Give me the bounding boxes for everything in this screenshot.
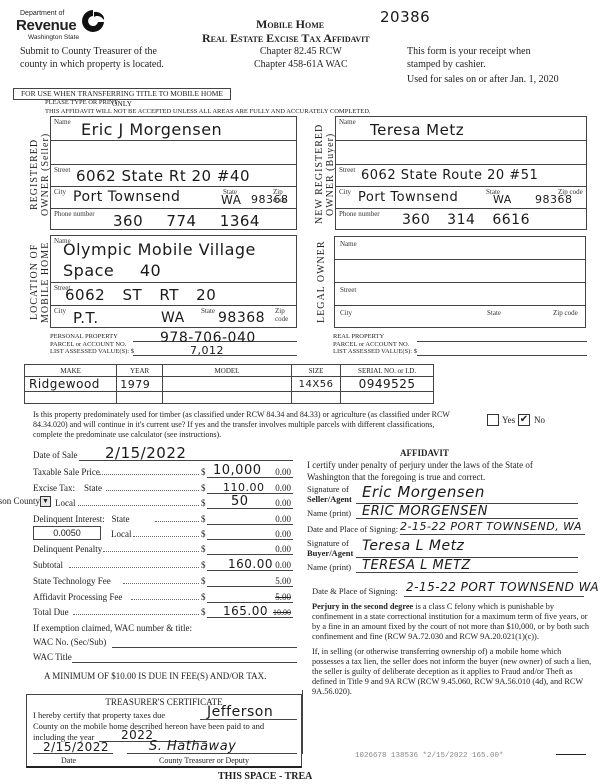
timber-question: Is this property predominately used for … (33, 410, 453, 440)
submit-line2: county in which property is located. (20, 58, 164, 71)
pp-assessed-label: LIST ASSESSED VALUE(S): $ (50, 348, 134, 355)
make-cell[interactable] (25, 392, 117, 404)
fee-label: Total Due (33, 607, 69, 617)
col-model: MODEL (163, 365, 292, 377)
pp-assessed-value[interactable]: 7,012 (190, 344, 224, 357)
buyer-zip[interactable]: 98368 (535, 193, 573, 206)
buyer-street-row[interactable]: Street 6062 State Route 20 #51 (336, 165, 586, 187)
rp-account-line[interactable] (417, 341, 587, 342)
seller-city-row[interactable]: City Port Townsend State WA Zip code 983… (51, 187, 296, 209)
fee-row-taxable-price: Taxable Sale Price $ 0.00 10,000 (33, 464, 293, 478)
fee-handwritten: 110.00 (223, 481, 265, 494)
date-of-sale-label: Date of Sale (33, 450, 77, 460)
buyer-date-place[interactable]: 2-15-22 PORT TOWNSEND WA (406, 580, 599, 594)
fee-handwritten: 50 (231, 494, 249, 509)
dollar-sign: $ (201, 592, 206, 602)
fee-value[interactable]: 5.00 (207, 576, 293, 587)
serial-cell[interactable] (341, 392, 434, 404)
legal-owner-city-row[interactable]: City State Zip code (335, 306, 585, 329)
table-header-row: MAKE YEAR MODEL SIZE SERIAL NO. or I.D. (25, 365, 434, 377)
model-cell[interactable] (163, 392, 292, 404)
location-city-row[interactable]: City P.T. State WA Zip code 98368 (51, 306, 296, 329)
treasurer-signature[interactable]: S. Hathaway (149, 739, 236, 754)
leader-dots (106, 490, 199, 491)
treasurer-line1: I hereby certify that property taxes due (33, 710, 165, 720)
treasurer-sig-line (127, 753, 297, 754)
leader-dots (133, 536, 199, 537)
name-label: Name (54, 118, 71, 126)
receipt-note: This form is your receipt when stamped b… (407, 45, 531, 71)
treasurer-date[interactable]: 2/15/2022 (43, 740, 109, 754)
footer-rule (556, 754, 586, 755)
make-cell[interactable]: Ridgewood (25, 377, 117, 392)
fee-handwritten: 10,000 (213, 463, 262, 478)
zip-label: Zip code (275, 307, 296, 323)
table-row (25, 392, 434, 404)
location-label-1: LOCATION OF (29, 244, 40, 320)
buyer-section-label: NEW REGISTERED OWNER (Buyer) (314, 118, 336, 230)
leader-dots (103, 551, 199, 552)
buyer-street[interactable]: 6062 State Route 20 #51 (361, 168, 538, 183)
seller-name-print[interactable]: ERIC MORGENSEN (362, 504, 488, 519)
phone-label: Phone number (54, 210, 95, 218)
certify-line2: Washington that the foregoing is true an… (307, 471, 533, 483)
treasurer-certificate: TREASURER'S CERTIFICATE I hereby certify… (26, 694, 302, 768)
leader-dots (123, 583, 199, 584)
buyer-state[interactable]: WA (493, 193, 512, 206)
location-name-line1[interactable]: Olympic Mobile Village (63, 240, 256, 259)
certify-line1: I certify under penalty of perjury under… (307, 459, 533, 471)
used-for-note: Used for sales on or after Jan. 1, 2020 (407, 74, 559, 85)
fee-value[interactable]: 0.00 (207, 514, 293, 525)
fee-label: Delinquent Penalty (33, 544, 102, 554)
treasurer-sig-label: County Treasurer or Deputy (159, 756, 249, 765)
buyer-signature[interactable]: Teresa L Metz (362, 538, 464, 554)
col-make: MAKE (25, 365, 117, 377)
col-year: YEAR (117, 365, 163, 377)
location-street[interactable]: 6062 ST RT 20 (65, 286, 216, 304)
rp-assessed-line[interactable] (417, 355, 587, 356)
legal-owner-street-row[interactable]: Street (335, 283, 585, 306)
sig-of-label: Signature of (307, 484, 352, 494)
dollar-sign: $ (201, 514, 206, 524)
seller-phone-row[interactable]: Phone number 360 774 1364 (51, 209, 296, 231)
form-title-line2: Real Estate Excise Tax Affidavit (202, 31, 370, 46)
receipt-line1: This form is your receipt when (407, 45, 531, 58)
seller-zip[interactable]: 98368 (251, 193, 289, 206)
buyer-agent-label: Buyer/Agent (307, 548, 353, 558)
seller-city[interactable]: Port Townsend (73, 189, 180, 205)
seller-street-row[interactable]: Street 6062 State Rt 20 #40 (51, 165, 296, 187)
exemption-label: If exemption claimed, WAC number & title… (33, 623, 192, 633)
yes-label: Yes (502, 415, 515, 425)
year-cell[interactable]: 1979 (117, 377, 163, 392)
completion-warning: THIS AFFIDAVIT WILL NOT BE ACCEPTED UNLE… (45, 108, 371, 115)
yes-checkbox[interactable] (487, 414, 499, 426)
table-row: Ridgewood 1979 14X56 0949525 (25, 377, 434, 392)
location-name-row[interactable]: Name Olympic Mobile Village Space 40 (51, 236, 296, 283)
fee-value[interactable]: 0.00 (207, 544, 293, 555)
fee-label: Subtotal (33, 560, 63, 570)
buyer-name-row[interactable]: Name Teresa Metz (336, 117, 586, 141)
seller-date-place[interactable]: 2-15-22 PORT TOWNSEND, WA (400, 520, 582, 533)
treasurer-date-label: Date (61, 756, 76, 765)
submit-instructions: Submit to County Treasurer of the county… (20, 45, 164, 71)
dollar-sign: $ (201, 560, 206, 570)
fee-value[interactable]: 5.00 (207, 592, 293, 603)
dollar-sign: $ (201, 483, 206, 493)
serial-cell[interactable]: 0949525 (341, 377, 434, 392)
location-box: Name Olympic Mobile Village Space 40 Str… (50, 235, 297, 328)
fee-row-excise-local: Local $ 0.00 50 (33, 495, 293, 509)
date-of-sale-value[interactable]: 2/15/2022 (105, 444, 186, 462)
seller-name-row[interactable]: Name Eric J Morgensen (51, 117, 296, 141)
location-zip[interactable]: 98368 (218, 310, 265, 326)
chapter-refs: Chapter 82.45 RCW Chapter 458-61A WAC (254, 45, 348, 71)
seller-label-1: REGISTERED (29, 138, 40, 209)
size-cell[interactable]: 14X56 (291, 377, 340, 392)
state-label: State (201, 307, 215, 315)
seller-name-row2[interactable] (51, 141, 296, 165)
seller-state[interactable]: WA (221, 193, 241, 207)
leader-dots (99, 474, 199, 475)
seller-box: Name Eric J Morgensen Street 6062 State … (50, 116, 297, 230)
seller-section-label: REGISTERED OWNER (Seller) (29, 118, 51, 230)
submit-line1: Submit to County Treasurer of the (20, 45, 164, 58)
city-label: City (54, 307, 66, 315)
location-section-label: LOCATION OF MOBILE HOME (29, 236, 51, 328)
affidavit-certify: I certify under penalty of perjury under… (307, 459, 533, 483)
dollar-sign: $ (201, 576, 206, 586)
fee-label: State Technology Fee (33, 576, 111, 586)
fee-row-excise-state: Excise Tax: State $ 0.00 110.00 (33, 480, 293, 494)
leader-dots (155, 521, 199, 522)
logo-dept: Department of (20, 10, 64, 17)
buyer-signature-label: Signature of Buyer/Agent (307, 538, 353, 558)
dollar-sign: $ (201, 529, 206, 539)
treasurer-date-line (33, 753, 113, 754)
buyer-date-place-label: Date & Place of Signing: (312, 586, 397, 596)
no-label: No (534, 415, 545, 425)
date-of-sale-row: Date of Sale 2/15/2022 (33, 447, 293, 461)
seller-date-place-line (400, 534, 585, 535)
dollar-sign: $ (201, 607, 206, 617)
sig-of-label: Signature of (307, 538, 353, 548)
name-label: Name (340, 240, 357, 248)
dollar-sign: $ (201, 544, 206, 554)
rp-label1: REAL PROPERTY (333, 333, 409, 341)
legal-owner-name-row2[interactable] (335, 260, 585, 283)
col-size: SIZE (291, 365, 340, 377)
logo-name: Revenue (16, 17, 76, 34)
location-street-row[interactable]: Street 6062 ST RT 20 (51, 283, 296, 306)
seller-name-print-label: Name (print) (307, 508, 351, 518)
no-checkbox[interactable]: ✔ (518, 414, 530, 426)
state-label: State (487, 309, 501, 317)
fee-value[interactable]: 0.00 (207, 498, 293, 509)
seller-name[interactable]: Eric J Morgensen (81, 120, 222, 139)
fee-label: Delinquent Interest: State (33, 514, 129, 524)
perjury-notice: Perjury in the second degree is a class … (312, 602, 592, 642)
seller-street[interactable]: 6062 State Rt 20 #40 (76, 167, 250, 185)
seller-signature[interactable]: Eric Morgensen (362, 483, 485, 501)
legal-owner-box: Name Street City State Zip code (334, 236, 586, 328)
location-state[interactable]: WA (161, 310, 185, 326)
wave-logo-icon (80, 8, 106, 34)
leader-dots (78, 505, 199, 506)
chapter-wac: Chapter 458-61A WAC (254, 58, 348, 71)
phone-label: Phone number (339, 210, 380, 218)
wac-title-label: WAC Title (33, 652, 72, 662)
minimum-notice: A MINIMUM OF $10.00 IS DUE IN FEE(S) AND… (44, 671, 266, 681)
treasurer-county[interactable]: Jefferson (207, 704, 273, 720)
chapter-rcw: Chapter 82.45 RCW (254, 45, 348, 58)
receipt-line2: stamped by cashier. (407, 58, 531, 71)
zip-label: Zip code (553, 309, 578, 317)
legal-owner-name-row[interactable]: Name (335, 237, 585, 260)
fee-row-delinquent-penalty: Delinquent Penalty $ 0.00 (33, 541, 293, 555)
year-cell[interactable] (117, 392, 163, 404)
buyer-label-1: NEW REGISTERED (314, 124, 325, 224)
location-city[interactable]: P.T. (73, 309, 99, 327)
wac-no-field[interactable] (112, 647, 297, 648)
document-number: 20386 (380, 8, 430, 26)
real-property-label: REAL PROPERTY PARCEL or ACCOUNT NO. (333, 333, 409, 349)
cashier-stamp: 1026678 138536 *2/15/2022 165.00* (355, 752, 504, 760)
buyer-city[interactable]: Port Townsend (358, 190, 458, 205)
fee-label: Affidavit Processing Fee (33, 592, 122, 602)
dor-logo: Department of Revenue Washington State (16, 8, 106, 42)
treasurer-use-label: THIS SPACE - TREASURER'S USE ONLY (218, 771, 312, 782)
fee-row-delinquent-interest-state: Delinquent Interest: State $ 0.00 (33, 511, 293, 525)
city-label: City (340, 309, 352, 317)
fee-handwritten: 160.00 (228, 557, 273, 571)
wac-title-field[interactable] (72, 662, 297, 663)
street-label: Street (339, 166, 355, 174)
buyer-box: Name Teresa Metz Street 6062 State Route… (335, 116, 587, 230)
please-type-note: PLEASE TYPE OR PRINT (45, 99, 118, 106)
leader-dots (73, 614, 199, 615)
fee-label: Local (55, 498, 76, 508)
city-label: City (339, 188, 351, 196)
affidavit-title: AFFIDAVIT (400, 448, 449, 458)
name-label: Name (339, 118, 356, 126)
personal-property-label: PERSONAL PROPERTY PARCEL or ACCOUNT NO. (50, 333, 126, 349)
fee-handwritten: 165.00 (223, 604, 268, 618)
buyer-name[interactable]: Teresa Metz (370, 121, 464, 139)
this-space-text: THIS SPACE - TREASURER'S USE ONLY (218, 771, 312, 782)
seller-signature-label: Signature of Seller/Agent (307, 484, 352, 504)
form-title-line1: Mobile Home (256, 17, 324, 32)
fee-row-subtotal: Subtotal $ 0.00 160.00 (33, 557, 293, 571)
seller-date-place-label: Date and Place of Signing: (307, 524, 398, 534)
location-name-line2[interactable]: Space 40 (63, 261, 161, 280)
mobile-home-table: MAKE YEAR MODEL SIZE SERIAL NO. or I.D. … (24, 364, 434, 404)
buyer-name-print[interactable]: TERESA L METZ (362, 558, 471, 573)
perjury-bold: Perjury in the second degree (312, 602, 413, 611)
buyer-name-row2[interactable] (336, 141, 586, 165)
lien-notice: If, in selling (or otherwise transferrin… (312, 647, 592, 697)
buyer-phone-row[interactable]: Phone number 360 314 6616 (336, 209, 586, 231)
buyer-phone[interactable]: 360 314 6616 (402, 212, 530, 228)
rp-assessed-label: LIST ASSESSED VALUE(S): $ (333, 348, 417, 355)
seller-phone[interactable]: 360 774 1364 (113, 212, 260, 230)
leader-dots (69, 567, 199, 568)
model-cell[interactable] (163, 377, 292, 392)
seller-agent-label: Seller/Agent (307, 494, 352, 504)
leader-dots (131, 599, 199, 600)
logo-state: Washington State (28, 34, 79, 41)
street-label: Street (340, 286, 356, 294)
street-label: Street (54, 166, 70, 174)
wac-no-label: WAC No. (Sec/Sub) (33, 637, 106, 647)
size-cell[interactable] (291, 392, 340, 404)
city-label: City (54, 188, 66, 196)
fee-row-technology-fee: State Technology Fee $ 5.00 (33, 573, 293, 587)
buyer-city-row[interactable]: City Port Townsend State WA Zip code 983… (336, 187, 586, 209)
dollar-sign: $ (201, 498, 206, 508)
pp-label1: PERSONAL PROPERTY (50, 333, 126, 341)
legal-owner-section-label: LEGAL OWNER (316, 236, 327, 328)
fee-label: Excise Tax: State (33, 483, 102, 493)
fee-row-delinquent-interest-local: Local $ 0.00 (33, 526, 293, 540)
fee-label: Taxable Sale Price (33, 467, 100, 477)
col-serial: SERIAL NO. or I.D. (341, 365, 434, 377)
fee-row-processing-fee: Affidavit Processing Fee $ 5.00 (33, 589, 293, 603)
fee-label: Local (111, 529, 132, 539)
buyer-date-place-line (404, 596, 584, 597)
divider-line (302, 690, 303, 754)
fee-value[interactable]: 0.00 (207, 529, 293, 540)
fee-row-total-due: Total Due $ 10.00 165.00 (33, 604, 293, 618)
buyer-name-print-label: Name (print) (307, 562, 351, 572)
dollar-sign: $ (201, 467, 206, 477)
